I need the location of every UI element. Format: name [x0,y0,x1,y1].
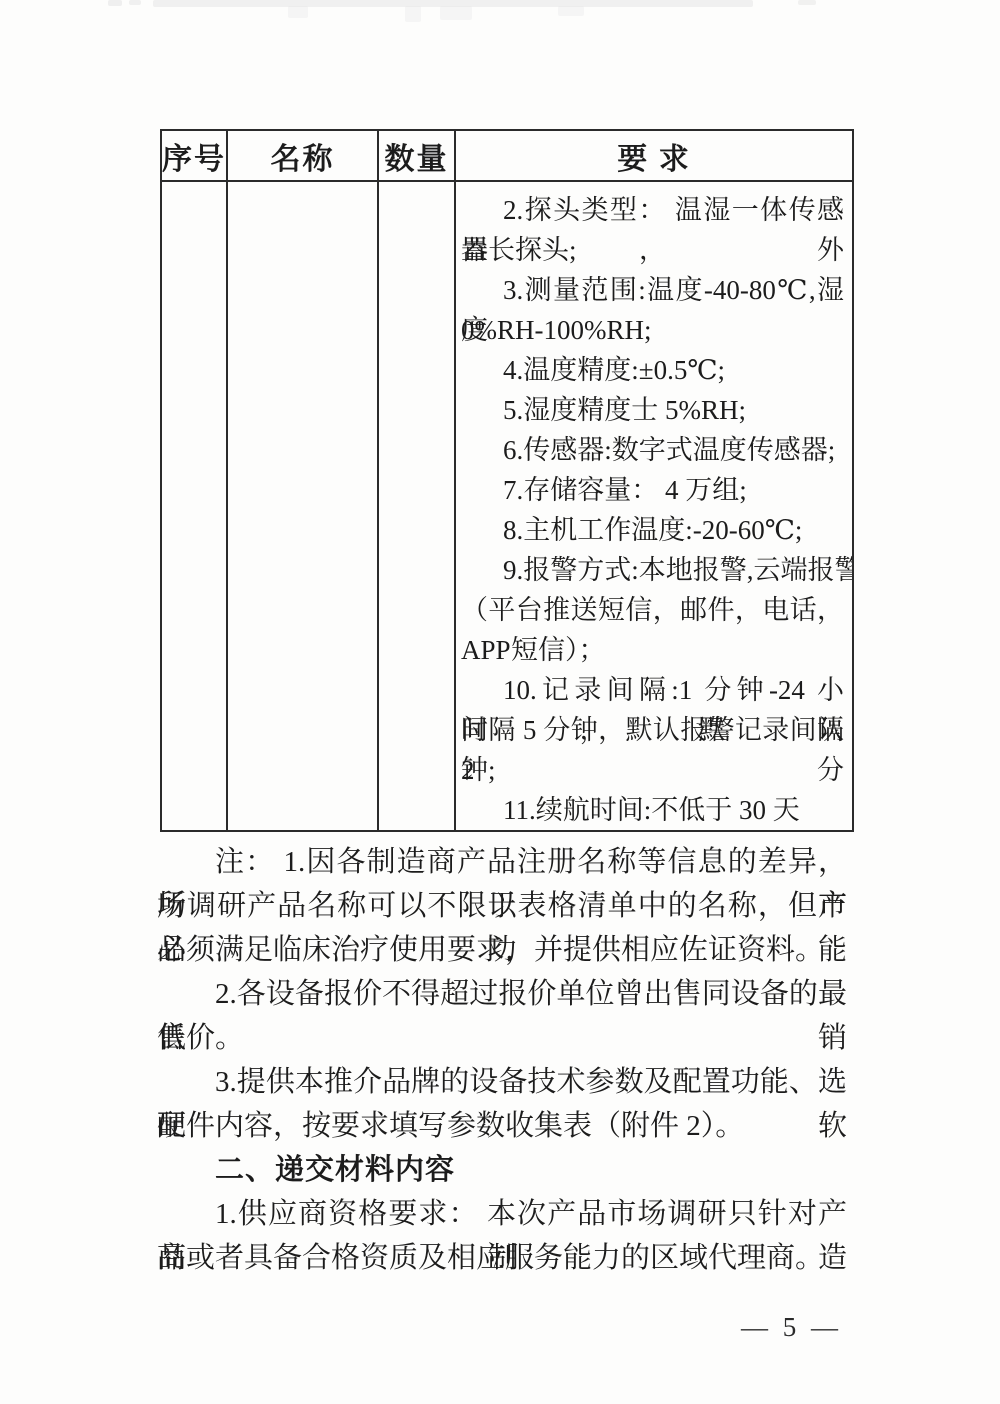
cell-name-empty [228,182,379,830]
requirement-line: 2.探头类型： 温湿一体传感器，外 [461,190,844,230]
requirement-line: （平台推送短信，邮件，电话，APP [461,590,844,630]
table-body-row: 2.探头类型： 温湿一体传感器，外 置长探头; 3.测量范围:温度-40-80℃… [162,182,852,830]
section-heading: 二、递交材料内容 [157,1148,847,1192]
note-line: 3.提供本推介品牌的设备技术参数及配置功能、选配软 [157,1060,847,1104]
header-cell-quantity: 数量 [379,131,456,180]
requirement-line: 0%RH-100%RH; [461,310,844,350]
note-line: 注： 1.因各制造商产品注册名称等信息的差异，所以市 [157,840,847,884]
note-line: 2.各设备报价不得超过报价单位曾出售同设备的最低销 [157,972,847,1016]
spec-table: 序号 名称 数量 要 求 2.探头类型： 温湿一体传感器，外 置长探头; 3.测… [160,129,854,832]
header-cell-requirement: 要 求 [456,131,852,180]
requirement-line: 3.测量范围:温度-40-80℃,湿度 [461,270,844,310]
paragraph-line: 1.供应商资格要求： 本次产品市场调研只针对产品制造 [157,1192,847,1236]
requirement-line: 9.报警方式:本地报警,云端报警 [461,550,844,590]
page-number: — 5 — [741,1312,842,1343]
requirement-line: 8.主机工作温度:-20-60℃; [461,510,844,550]
header-cell-name: 名称 [228,131,379,180]
requirement-line: 5.湿度精度士 5%RH; [461,390,844,430]
note-line: 硬件内容，按要求填写参数收集表（附件 2）。 [157,1104,847,1148]
header-cell-number: 序号 [162,131,228,180]
cell-requirements: 2.探头类型： 温湿一体传感器，外 置长探头; 3.测量范围:温度-40-80℃… [456,182,852,830]
requirement-line: 6.传感器:数字式温度传感器; [461,430,844,470]
document-page: 序号 名称 数量 要 求 2.探头类型： 温湿一体传感器，外 置长探头; 3.测… [0,0,1000,1404]
cell-number-empty [162,182,228,830]
requirement-line: 10.记录间隔:1 分钟-24 小时，默认 [461,670,844,710]
cell-quantity-empty [379,182,456,830]
requirement-line: 11.续航时间:不低于 30 天 [461,790,844,830]
body-text: 注： 1.因各制造商产品注册名称等信息的差异，所以市 场调研产品名称可以不限于表… [157,840,847,1280]
note-line: 必须满足临床治疗使用要求，并提供相应佐证资料。 [157,928,847,972]
paragraph-line: 商或者具备合格资质及相应服务能力的区域代理商。 [157,1236,847,1280]
table-header-row: 序号 名称 数量 要 求 [162,131,852,182]
requirement-line: 4.温度精度:±0.5℃; [461,350,844,390]
requirement-line: 7.存储容量： 4 万组; [461,470,844,510]
requirement-line: 短信）； [461,630,844,670]
note-line: 场调研产品名称可以不限于表格清单中的名称，但产品功能 [157,884,847,928]
requirement-line: 间隔 5 分钟，默认报警记录间隔 2 分 [461,710,844,750]
